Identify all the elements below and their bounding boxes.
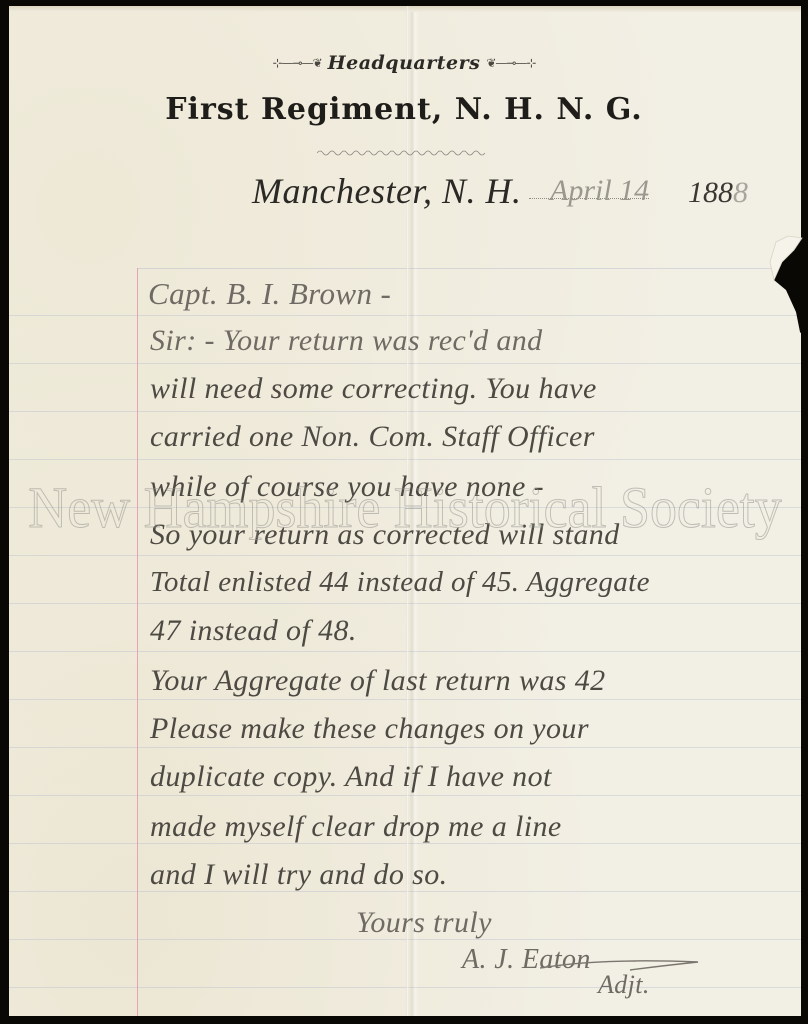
margin-line bbox=[137, 268, 138, 1016]
torn-corner bbox=[768, 232, 808, 342]
paper-top-edge bbox=[9, 6, 801, 12]
letter-line-8: Your Aggregate of last return was 42 bbox=[150, 664, 606, 698]
letter-line-9: Please make these changes on your bbox=[150, 712, 589, 746]
year-handwritten-digit: 8 bbox=[733, 176, 748, 209]
letter-line-12: and I will try and do so. bbox=[150, 858, 448, 892]
letter-line-5: So your return as corrected will stand bbox=[150, 518, 620, 552]
regiment-title: First Regiment, N. H. N. G. bbox=[0, 92, 808, 127]
signature-title: Adjt. bbox=[598, 970, 650, 1000]
closing: Yours truly bbox=[356, 906, 492, 940]
year-text: 1888 bbox=[688, 176, 748, 210]
letter-line-3: carried one Non. Com. Staff Officer bbox=[150, 420, 595, 454]
letter-line-4: while of course you have none - bbox=[150, 470, 544, 504]
ornament-left-icon: ⊹—⊸—❦ bbox=[273, 56, 322, 70]
headquarters-text: Headquarters bbox=[328, 52, 481, 74]
letter-line-6: Total enlisted 44 instead of 45. Aggrega… bbox=[150, 566, 650, 599]
decorative-squiggle-rule bbox=[317, 148, 485, 158]
letter-line-2: will need some correcting. You have bbox=[150, 372, 597, 406]
letter-line-11: made myself clear drop me a line bbox=[150, 810, 562, 844]
year-printed: 188 bbox=[688, 176, 733, 209]
dateline: Manchester, N. H. April 14 1888 bbox=[252, 170, 651, 220]
salutation: Capt. B. I. Brown - bbox=[148, 276, 391, 312]
place-text: Manchester, N. H. bbox=[252, 170, 521, 212]
letter-line-7: 47 instead of 48. bbox=[150, 614, 357, 648]
letter-line-1: Sir: - Your return was rec'd and bbox=[150, 324, 543, 358]
letter-line-10: duplicate copy. And if I have not bbox=[150, 760, 552, 794]
handwritten-date: April 14 bbox=[550, 174, 649, 208]
ruled-top-line bbox=[137, 268, 801, 269]
letterhead-headquarters: ⊹—⊸—❦ Headquarters ❦—⊸—⊹ bbox=[0, 52, 808, 74]
ornament-right-icon: ❦—⊸—⊹ bbox=[486, 56, 535, 70]
